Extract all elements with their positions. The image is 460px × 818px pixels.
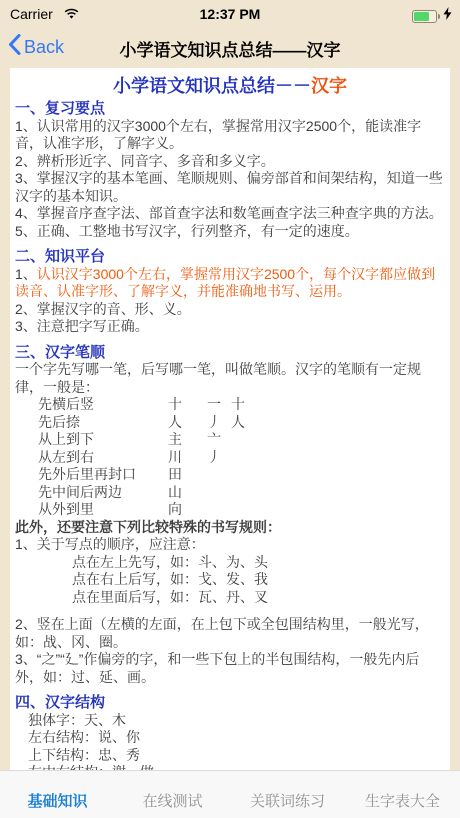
stroke-rule-row: 从上到下主亠 [15,431,445,449]
section1-item: 5、正确、工整地书写汉字，行列整齐，有一定的速度。 [15,223,445,241]
stroke-rule-example: 丿 [207,414,231,432]
tab-character-list[interactable]: 生字表大全 [345,771,460,818]
section3-rule3: 3、“之”“廴”作偏旁的字，和一些下包上的半包围结构，一般先内后外，如：过、延、… [15,651,445,686]
stroke-rule-example: 田 [168,466,207,484]
stroke-rule-label: 先后捺 [38,414,168,432]
section2-item2: 2、掌握汉字的音、形、义。 [15,301,445,319]
point-rule: 点在右上后写，如：戈、发、我 [72,571,445,589]
stroke-rule-row: 先横后竖十一十 [15,396,445,414]
back-button[interactable]: Back [8,34,64,60]
section1-item: 2、辨析形近字、同音字、多音和多义字。 [15,153,445,171]
section3-special-note: 此外，还要注意下列比较特殊的书写规则： [15,519,445,537]
section4-title: 四、汉字结构 [15,694,445,712]
tab-conjunction-practice[interactable]: 关联词练习 [230,771,345,818]
stroke-rule-example: 川 [168,449,207,467]
section2-title: 二、知识平台 [15,248,445,266]
stroke-rule-label: 先外后里再封口 [38,466,168,484]
section3-title: 三、汉字笔顺 [15,344,445,362]
stroke-rule-label: 先中间后两边 [38,484,168,502]
section2-item1-highlight: 认识汉字3000个左右，掌握常用汉字2500个，每个汉字都应做到读音、认准字形、… [15,266,435,300]
battery-icon [412,7,452,25]
stroke-rule-row: 先外后里再封口田 [15,466,445,484]
stroke-rule-row: 从外到里向 [15,501,445,519]
stroke-rule-row: 先后捺人丿人 [15,414,445,432]
stroke-rule-example: 十 [231,396,245,412]
stroke-rule-example: 人 [231,414,245,430]
section3-point-title: 1、关于写点的顺序，应注意： [15,536,445,554]
content-heading: 小学语文知识点总结－－汉字 [15,74,445,98]
structure-item: 左右结构：说、你 [28,729,445,747]
charging-bolt-icon [443,7,452,25]
nav-bar: Back 小学语文知识点总结——汉字 [0,28,460,66]
stroke-rule-row: 从左到右川丿 [15,449,445,467]
stroke-rule-example: 主 [168,431,207,449]
stroke-rule-example: 亠 [207,431,231,449]
back-chevron-icon [8,34,24,60]
structure-item: 上下结构：忠、秀 [28,747,445,765]
stroke-rule-example: 十 [168,396,207,414]
section2-item1: 1、认识汉字3000个左右，掌握常用汉字2500个，每个汉字都应做到读音、认准字… [15,266,445,301]
section3-intro: 一个字先写哪一笔，后写哪一笔，叫做笔顺。汉字的笔顺有一定规律，一般是： [15,361,445,396]
status-bar: Carrier 12:37 PM [0,0,460,28]
stroke-rule-label: 从外到里 [38,501,168,519]
section2-item1-number: 1、 [15,266,37,282]
stroke-rule-example: 人 [168,414,207,432]
content-heading-accent: 汉字 [311,76,347,96]
section1-item: 3、掌握汉字的基本笔画、笔顺规则、偏旁部首和间架结构，知道一些汉字的基本知识。 [15,170,445,205]
stroke-rule-row: 先中间后两边山 [15,484,445,502]
stroke-rule-example: 向 [168,501,207,519]
stroke-rule-example: 一 [207,396,231,414]
structure-item: 独体字：天、木 [28,712,445,730]
status-time: 12:37 PM [0,6,460,22]
content-heading-main: 小学语文知识点总结－－ [113,76,311,96]
stroke-rule-example: 丿 [207,449,231,467]
stroke-rule-label: 从上到下 [38,431,168,449]
section1-item: 1、认识常用的汉字3000个左右，掌握常用汉字2500个，能读准字音，认准字形，… [15,118,445,153]
tab-basic-knowledge[interactable]: 基础知识 [0,771,115,818]
stroke-rule-label: 从左到右 [38,449,168,467]
stroke-rule-example: 山 [168,484,207,502]
section3-rule2: 2、竖在上面（左横的左面，在上包下或全包围结构里，一般光写，如：战、冈、圈。 [15,616,445,651]
content-scroll-area[interactable]: 小学语文知识点总结－－汉字 一、复习要点 1、认识常用的汉字3000个左右，掌握… [10,68,450,770]
point-rule: 点在里面后写，如：瓦、丹、叉 [72,589,445,607]
tab-bar: 基础知识 在线测试 关联词练习 生字表大全 [0,770,460,818]
stroke-rule-label: 先横后竖 [38,396,168,414]
back-label: Back [24,37,64,58]
section2-item3: 3、注意把字写正确。 [15,318,445,336]
section1-title: 一、复习要点 [15,100,445,118]
point-rule: 点在左上先写，如：斗、为、头 [72,554,445,572]
section1-item: 4、掌握音序查字法、部首查字法和数笔画查字法三种查字典的方法。 [15,205,445,223]
page-title: 小学语文知识点总结——汉字 [0,36,460,61]
tab-online-test[interactable]: 在线测试 [115,771,230,818]
